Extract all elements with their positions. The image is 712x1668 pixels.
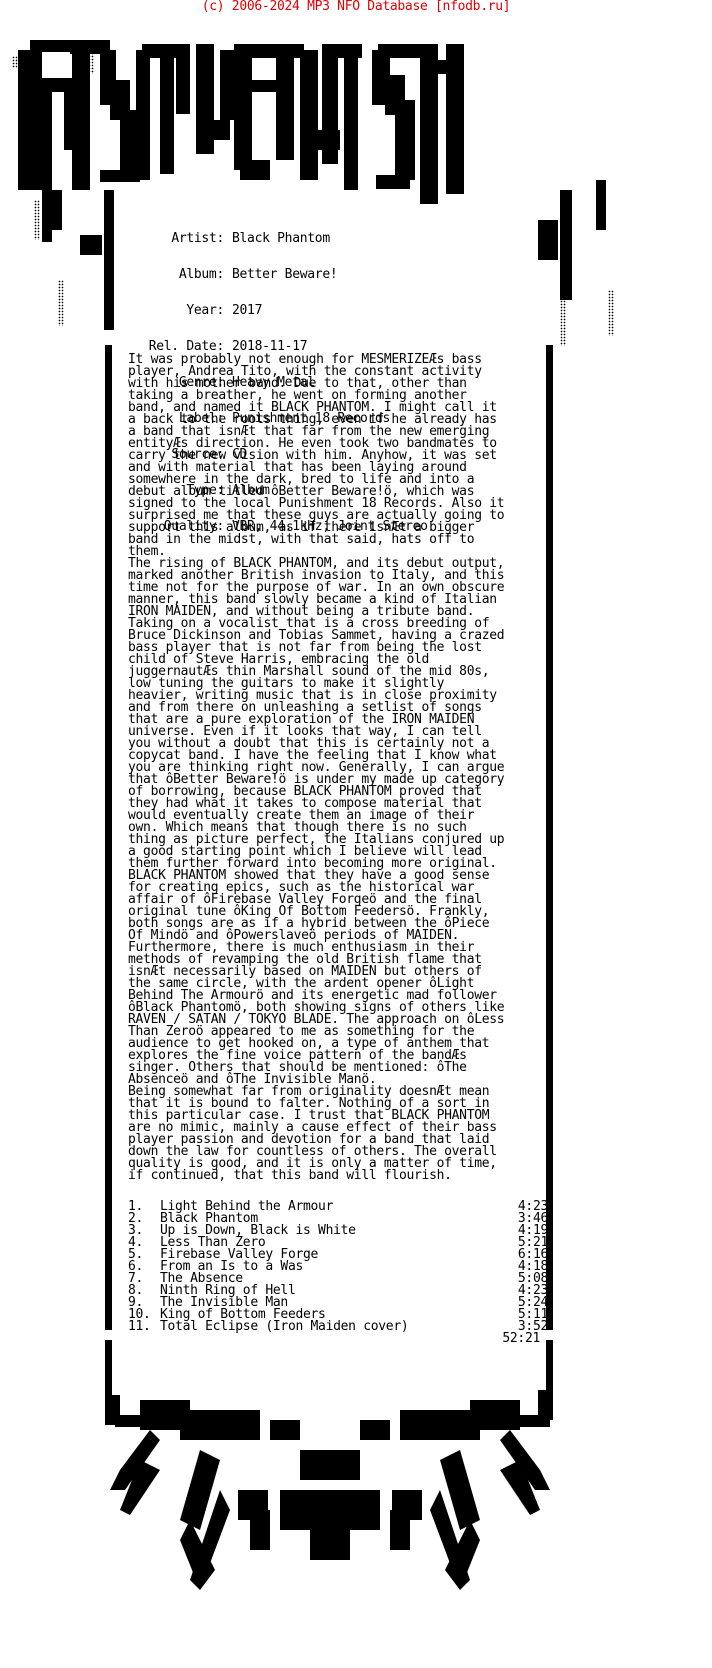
info-value: 2017 — [232, 305, 262, 317]
info-value: Better Beware! — [232, 269, 337, 281]
review-text: It was probably not enough for MESMERIZE… — [128, 354, 548, 1182]
review-line: band in the midst, with that said, hats … — [128, 534, 548, 546]
info-label: Artist: — [128, 233, 232, 245]
spider-ascii-art — [0, 1340, 712, 1668]
info-row-year: Year:2017 — [128, 305, 428, 317]
track-title: Total Eclipse (Iron Maiden cover) — [160, 1321, 508, 1333]
info-row-artist: Artist:Black Phantom — [128, 233, 428, 245]
tracklist: 1.Light Behind the Armour4:232.Black Pha… — [128, 1201, 548, 1345]
review-line: if continued, that this band will flouri… — [128, 1170, 548, 1182]
info-label: Year: — [128, 305, 232, 317]
info-row-album: Album:Better Beware! — [128, 269, 428, 281]
info-value: Black Phantom — [232, 233, 330, 245]
info-label: Album: — [128, 269, 232, 281]
gravewish-ascii-logo — [0, 20, 712, 220]
track-number: 11. — [128, 1321, 160, 1333]
copyright-header: (c) 2006-2024 MP3 NFO Database [nfodb.ru… — [0, 0, 712, 14]
frame-left-bar — [105, 345, 112, 1330]
track-row: 11.Total Eclipse (Iron Maiden cover)3:52 — [128, 1321, 548, 1333]
